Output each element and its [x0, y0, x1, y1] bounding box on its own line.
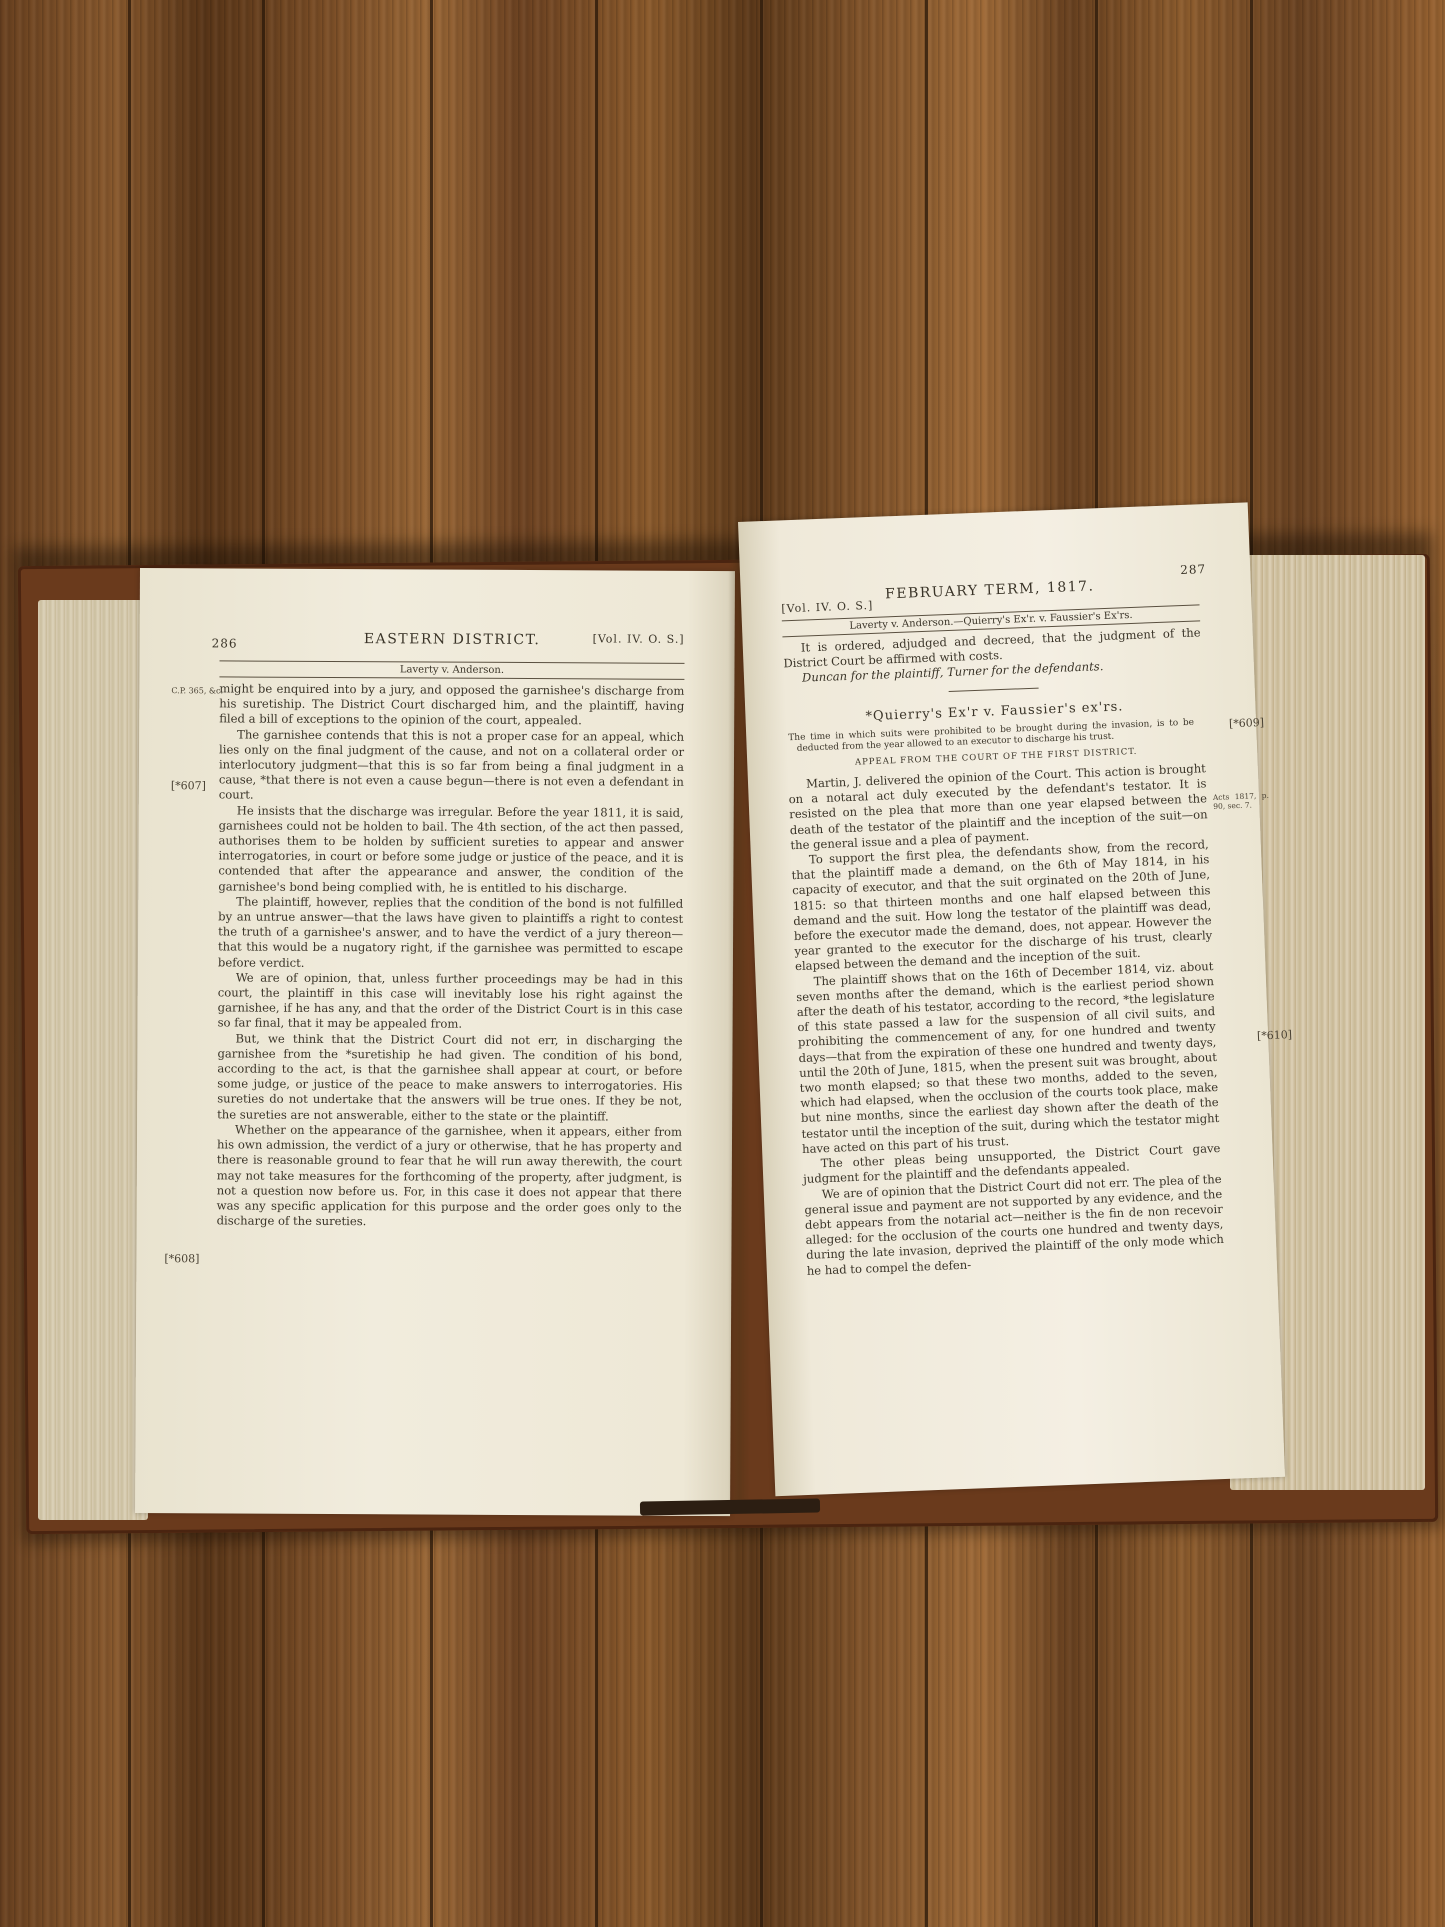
right-page: [Vol. IV. O. S.] FEBRUARY TERM, 1817. 28…	[738, 502, 1285, 1496]
paragraph: To support the first plea, the defendant…	[791, 837, 1213, 975]
star-page-marker: [*607]	[171, 778, 206, 793]
body-text: [*609] [*610] Acts 1817, p. 90, sec. 7. …	[783, 625, 1225, 1278]
paragraph: We are of opinion that the District Cour…	[804, 1171, 1225, 1278]
page-number: 287	[1180, 562, 1206, 577]
paragraph: But, we think that the District Court di…	[217, 1031, 682, 1125]
left-page-edges	[38, 600, 148, 1520]
paragraph: The plaintiff shows that on the 16th of …	[795, 959, 1220, 1157]
paragraph: might be enquired into by a jury, and op…	[219, 681, 684, 729]
paragraph: We are of opinion, that, unless further …	[218, 970, 683, 1033]
margin-citation: C.P. 365, &c.	[171, 683, 223, 698]
section-rule	[949, 687, 1039, 691]
paragraph: The garnishee contends that this is not …	[219, 727, 684, 805]
star-page-marker: [*608]	[164, 1251, 199, 1266]
body-text: C.P. 365, &c. [*607] [*608] might be enq…	[217, 681, 685, 1231]
paragraph: He insists that the discharge was irregu…	[218, 803, 683, 897]
left-page: 286 EASTERN DISTRICT. [Vol. IV. O. S.] L…	[135, 568, 735, 1516]
paragraph: The plaintiff, however, replies that the…	[218, 894, 683, 972]
running-head: 286 EASTERN DISTRICT. [Vol. IV. O. S.]	[220, 630, 685, 662]
volume-label: [Vol. IV. O. S.]	[593, 632, 685, 645]
paragraph: Whether on the appearance of the garnish…	[217, 1122, 683, 1231]
star-page-marker: [*610]	[1257, 1027, 1293, 1044]
running-title: FEBRUARY TERM, 1817.	[781, 574, 1199, 606]
margin-citation: Acts 1817, p. 90, sec. 7.	[1213, 791, 1270, 811]
star-page-marker: [*609]	[1229, 715, 1265, 732]
